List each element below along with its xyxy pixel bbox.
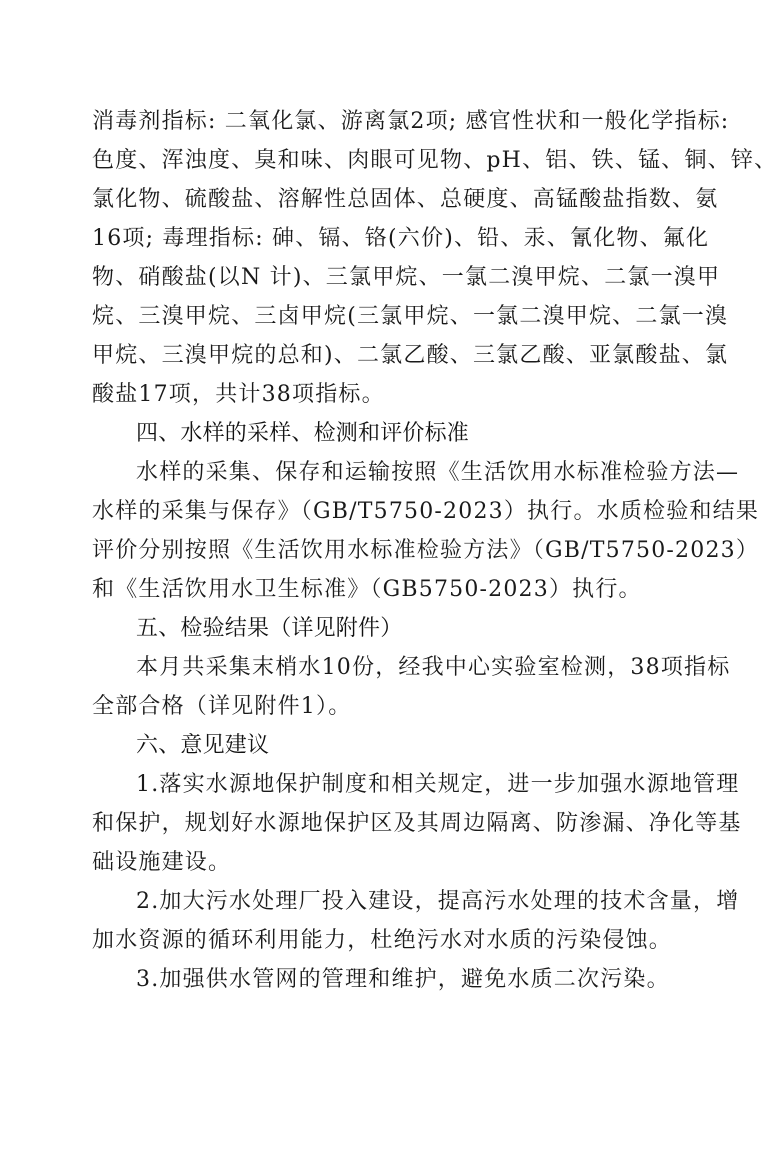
document-page: 消毒剂指标: 二氧化氯、游离氯2项; 感官性状和一般化学指标: 色度、浑浊度、臭… — [92, 102, 684, 999]
paragraph-line: 烷、三溴甲烷、三卤甲烷(三氯甲烷、一氯二溴甲烷、二氯一溴 — [92, 297, 684, 336]
section-heading-results: 五、检验结果（详见附件） — [92, 609, 684, 648]
suggestion-item-2: 2.加大污水处理厂投入建设，提高污水处理的技术含量，增 — [92, 882, 684, 921]
paragraph-line: 评价分别按照《生活饮用水标准检验方法》（GB/T5750-2023） — [92, 531, 684, 570]
paragraph-line: 色度、浑浊度、臭和味、肉眼可见物、pH、铝、铁、锰、铜、锌、 — [92, 141, 684, 180]
paragraph-line: 全部合格（详见附件1）。 — [92, 687, 684, 726]
paragraph-line: 消毒剂指标: 二氧化氯、游离氯2项; 感官性状和一般化学指标: — [92, 102, 684, 141]
paragraph-line: 水样的采集与保存》（GB/T5750-2023）执行。水质检验和结果 — [92, 492, 684, 531]
suggestion-item-3: 3.加强供水管网的管理和维护，避免水质二次污染。 — [92, 960, 684, 999]
paragraph-line: 础设施建设。 — [92, 843, 684, 882]
paragraph-line: 加水资源的循环利用能力，杜绝污水对水质的污染侵蚀。 — [92, 921, 684, 960]
paragraph-line: 甲烷、三溴甲烷的总和)、二氯乙酸、三氯乙酸、亚氯酸盐、氯 — [92, 336, 684, 375]
section-heading-suggestions: 六、意见建议 — [92, 726, 684, 765]
paragraph-line: 酸盐17项，共计38项指标。 — [92, 375, 684, 414]
section-heading-sampling: 四、水样的采样、检测和评价标准 — [92, 414, 684, 453]
paragraph-line: 氯化物、硫酸盐、溶解性总固体、总硬度、高锰酸盐指数、氨 — [92, 180, 684, 219]
suggestion-item-1: 1.落实水源地保护制度和相关规定，进一步加强水源地管理 — [92, 765, 684, 804]
paragraph-line: 水样的采集、保存和运输按照《生活饮用水标准检验方法— — [92, 453, 684, 492]
paragraph-line: 和保护，规划好水源地保护区及其周边隔离、防渗漏、净化等基 — [92, 804, 684, 843]
paragraph-line: 本月共采集末梢水10份，经我中心实验室检测，38项指标 — [92, 648, 684, 687]
paragraph-line: 16项; 毒理指标: 砷、镉、铬(六价)、铅、汞、氰化物、氟化 — [92, 219, 684, 258]
paragraph-line: 和《生活饮用水卫生标准》（GB5750-2023）执行。 — [92, 570, 684, 609]
paragraph-line: 物、硝酸盐(以N 计)、三氯甲烷、一氯二溴甲烷、二氯一溴甲 — [92, 258, 684, 297]
